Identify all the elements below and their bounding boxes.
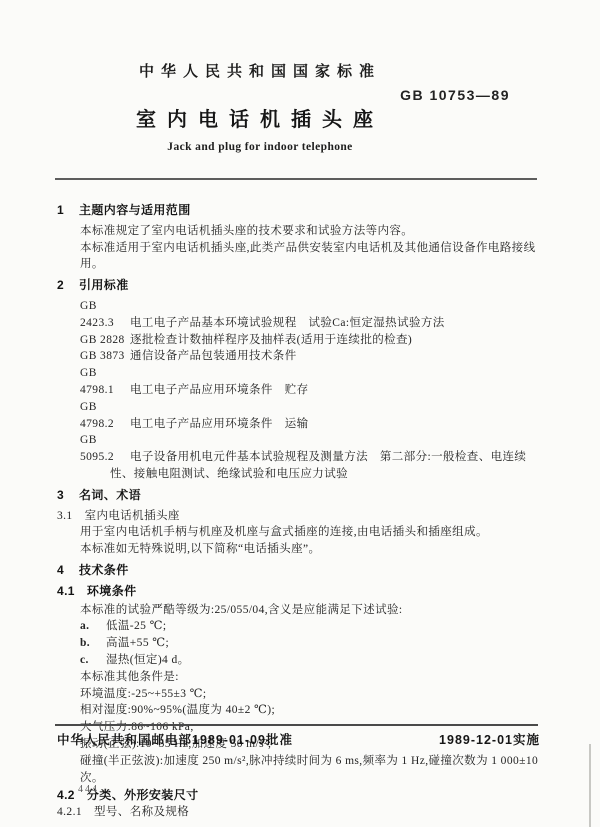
clause-4-1-number: 4.1 bbox=[57, 584, 75, 598]
reference-code: GB 2828 bbox=[80, 332, 130, 349]
reference-text: 通信设备产品包装通用技术条件 bbox=[130, 350, 297, 362]
reference-text: 逐批检查计数抽样程序及抽样表(适用于连续批的检查) bbox=[130, 334, 412, 346]
reference-item: GB 4798.1电工电子产品应用环境条件 贮存 bbox=[80, 365, 541, 399]
reference-code: GB 5095.2 bbox=[80, 432, 130, 466]
clause-3-1-number: 3.1 bbox=[57, 510, 73, 522]
condition-line-humidity: 相对湿度:90%~95%(温度为 40±2 ℃); bbox=[80, 702, 541, 719]
reference-item: GB 3873通信设备产品包装通用技术条件 bbox=[80, 348, 541, 365]
reference-text: 电子设备用机电元件基本试验规程及测量方法 第二部分:一般检查、电连续性、接触电阻… bbox=[110, 451, 526, 480]
section-4-number: 4 bbox=[57, 562, 67, 579]
implementation-note: 1989-12-01实施 bbox=[439, 730, 540, 748]
severity-item-c-marker: c. bbox=[80, 652, 106, 669]
section-3-paragraph-2: 本标准如无特殊说明,以下简称“电话插头座”。 bbox=[80, 541, 541, 558]
section-3-heading: 3名词、术语 bbox=[57, 487, 541, 504]
reference-item: GB 2828逐批检查计数抽样程序及抽样表(适用于连续批的检查) bbox=[80, 332, 541, 349]
reference-text: 电工电子产品应用环境条件 贮存 bbox=[130, 384, 309, 396]
reference-item: GB 4798.2电工电子产品应用环境条件 运输 bbox=[80, 399, 541, 433]
clause-4-1-title: 环境条件 bbox=[87, 584, 137, 598]
document-title-en: Jack and plug for indoor telephone bbox=[55, 141, 465, 153]
clause-3-1-heading: 3.1室内电话机插头座 bbox=[57, 508, 541, 525]
reference-code: GB 2423.3 bbox=[80, 298, 130, 332]
header-divider-rule bbox=[55, 178, 537, 180]
reference-item: GB 2423.3电工电子产品基本环境试验规程 试验Ca:恒定湿热试验方法 bbox=[80, 298, 541, 332]
section-1-number: 1 bbox=[57, 202, 67, 219]
section-1-heading: 1主题内容与适用范围 bbox=[57, 202, 541, 219]
section-2-title: 引用标准 bbox=[79, 278, 129, 292]
condition-line-shock: 碰撞(半正弦波):加速度 250 m/s²,脉冲持续时间为 6 ms,频率为 1… bbox=[80, 753, 541, 787]
reference-code: GB 4798.1 bbox=[80, 365, 130, 399]
reference-text: 电工电子产品应用环境条件 运输 bbox=[130, 418, 309, 430]
other-conditions-intro: 本标准其他条件是: bbox=[80, 669, 541, 686]
footer-divider-rule bbox=[55, 724, 538, 726]
severity-item-a: a.低温-25 ℃; bbox=[80, 618, 541, 635]
section-1-paragraph-2: 本标准适用于室内电话机插头座,此类产品供安装室内电话机及其他通信设备作电路接线用… bbox=[80, 240, 541, 274]
clause-4-2-title: 分类、外形安装尺寸 bbox=[87, 788, 199, 802]
section-3-number: 3 bbox=[57, 487, 67, 504]
section-1-title: 主题内容与适用范围 bbox=[79, 203, 191, 217]
severity-item-c: c.湿热(恒定)4 d。 bbox=[80, 652, 541, 669]
document-body: 1主题内容与适用范围 本标准规定了室内电话机插头座的技术要求和试验方法等内容。 … bbox=[57, 202, 541, 820]
clause-4-2-heading: 4.2分类、外形安装尺寸 bbox=[57, 788, 541, 803]
section-3-paragraph-1: 用于室内电话机手柄与机座及机座与盒式插座的连接,由电话插头和插座组成。 bbox=[80, 524, 541, 541]
section-3-title: 名词、术语 bbox=[79, 488, 141, 502]
clause-4-2-1-number: 4.2.1 bbox=[57, 806, 82, 818]
clause-4-1-heading: 4.1环境条件 bbox=[57, 583, 541, 600]
reference-item: GB 5095.2电子设备用机电元件基本试验规程及测量方法 第二部分:一般检查、… bbox=[80, 432, 541, 482]
severity-item-b-marker: b. bbox=[80, 635, 106, 652]
severity-item-b: b.高温+55 ℃; bbox=[80, 635, 541, 652]
clause-3-1-title: 室内电话机插头座 bbox=[85, 510, 180, 522]
document-title-cn: 室内电话机插头座 bbox=[55, 103, 465, 132]
condition-line-temperature: 环境温度:-25~+55±3 ℃; bbox=[80, 686, 541, 703]
reference-code: GB 4798.2 bbox=[80, 399, 130, 433]
clause-4-2-1-title: 型号、名称及规格 bbox=[94, 806, 189, 818]
document-page: 中华人民共和国国家标准 GB 10753—89 室内电话机插头座 Jack an… bbox=[0, 0, 600, 827]
standard-org-title: 中华人民共和国国家标准 bbox=[55, 60, 465, 81]
clause-4-2-1-heading: 4.2.1型号、名称及规格 bbox=[57, 805, 541, 820]
severity-item-a-marker: a. bbox=[80, 618, 106, 635]
scan-edge-artifact bbox=[589, 744, 591, 827]
section-2-heading: 2引用标准 bbox=[57, 277, 541, 294]
clause-4-1-intro: 本标准的试验严酷等级为:25/055/04,含义是应能满足下述试验: bbox=[80, 602, 541, 619]
severity-item-c-text: 湿热(恒定)4 d。 bbox=[106, 652, 190, 669]
section-4-heading: 4技术条件 bbox=[57, 562, 541, 579]
section-2-number: 2 bbox=[57, 277, 67, 294]
approval-note: 中华人民共和国邮电部1989-01-09批准 bbox=[57, 730, 293, 748]
section-4-title: 技术条件 bbox=[79, 563, 129, 577]
reference-code: GB 3873 bbox=[80, 348, 130, 365]
page-number: 444 bbox=[78, 784, 99, 795]
clause-4-2-number: 4.2 bbox=[57, 788, 75, 802]
reference-text: 电工电子产品基本环境试验规程 试验Ca:恒定湿热试验方法 bbox=[130, 317, 445, 329]
section-1-paragraph-1: 本标准规定了室内电话机插头座的技术要求和试验方法等内容。 bbox=[80, 223, 541, 240]
severity-item-a-text: 低温-25 ℃; bbox=[106, 618, 166, 635]
standard-number: GB 10753—89 bbox=[368, 87, 510, 103]
severity-item-b-text: 高温+55 ℃; bbox=[106, 635, 169, 652]
